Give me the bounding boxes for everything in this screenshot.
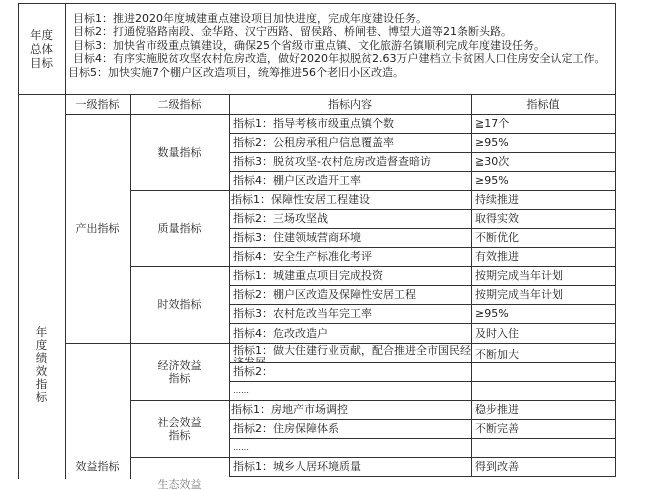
annual-goals-label-line: 年度 <box>30 28 53 42</box>
content-cell: 指标3：农村危改当年完工率 <box>229 304 471 323</box>
header-value: 指标值 <box>471 94 615 114</box>
content-cell: 指标1：城乡人居环境质量 <box>229 457 471 476</box>
content-cell: 指标3：住建领域营商环境 <box>229 228 471 247</box>
content-cell: 指标1：做大住建行业贡献，配合推进全市国民经济发展 <box>229 343 471 362</box>
content-cell: 指标4：安全生产标准化考评 <box>229 247 471 266</box>
value-cell: ≥95% <box>471 171 615 190</box>
annual-goals-label-line: 总体 <box>30 42 53 56</box>
value-cell: ≧30次 <box>471 152 615 171</box>
level2-social-line: 指标 <box>169 429 191 442</box>
level2-timeliness: 时效指标 <box>130 266 229 343</box>
grid-line <box>229 171 616 172</box>
grid-line <box>229 323 616 324</box>
grid-line <box>229 362 616 363</box>
value-cell: 按期完成当年计划 <box>471 266 615 285</box>
goal-item: 目标2：打通傥骆路南段、金华路、汉宁西路、留侯路、桥闸巷、博望大道等21条断头路… <box>70 25 605 38</box>
value-cell: 不断优化 <box>471 228 615 247</box>
grid-line <box>229 419 616 420</box>
grid-line <box>229 476 616 477</box>
level1-benefit: 效益指标 <box>65 460 130 476</box>
grid-line <box>229 152 616 153</box>
value-cell: 不断完善 <box>471 419 615 438</box>
grid-line <box>229 438 616 439</box>
content-cell: 指标1：城建重点项目完成投资 <box>229 266 471 285</box>
header-level1: 一级指标 <box>65 94 130 114</box>
grid-line <box>130 190 616 191</box>
grid-line <box>229 381 616 382</box>
content-cell: …… <box>229 438 471 457</box>
goal-item: 目标5：加快实施7个棚户区改造项目，统筹推进56个老旧小区改造。 <box>68 66 605 79</box>
value-cell: 有效推进 <box>471 247 615 266</box>
grid-line <box>130 266 616 267</box>
value-cell: ≧17个 <box>471 114 615 133</box>
level2-ecological-line: 生态效益 <box>158 478 202 490</box>
goal-item: 目标1：推进2020年度城建重点建设项目加快进度，完成年度建设任务。 <box>70 12 605 25</box>
level1-output: 产出指标 <box>65 114 130 343</box>
grid-line <box>229 228 616 229</box>
grid-line <box>615 3 616 477</box>
value-cell: 持续推进 <box>471 190 615 209</box>
content-cell: 指标2：公租房承租户信息覆盖率 <box>229 133 471 152</box>
header-level2: 二级指标 <box>130 94 229 114</box>
level2-social: 社会效益 指标 <box>130 400 229 457</box>
annual-goals-label-line: 目标 <box>30 56 53 70</box>
value-cell: 得到改善 <box>471 457 615 476</box>
value-cell <box>471 438 615 457</box>
content-cell: 指标2：棚户区改造及保障性安居工程 <box>229 285 471 304</box>
annual-goals-label: 年度 总体 目标 <box>18 3 65 94</box>
level2-social-line: 社会效益 <box>158 416 202 429</box>
grid-line <box>130 457 616 458</box>
value-cell <box>471 381 615 400</box>
content-cell: 指标3：脱贫攻坚-农村危房改造督查暗访 <box>229 152 471 171</box>
grid-line <box>229 133 616 134</box>
value-cell: 及时入住 <box>471 323 615 343</box>
level2-quality: 质量指标 <box>130 190 229 266</box>
value-cell: 稳步推进 <box>471 400 615 419</box>
content-cell: 指标2：住房保障体系 <box>229 419 471 438</box>
goal-item: 目标4：有序实施脱贫攻坚农村危房改造，做好2020年拟脱贫2.63万户建档立卡贫… <box>70 52 605 65</box>
value-cell <box>471 362 615 381</box>
level2-quantity: 数量指标 <box>130 114 229 190</box>
value-cell: 不断加大 <box>471 343 615 362</box>
level2-economic-line: 经济效益 <box>158 359 202 372</box>
content-cell: …… <box>229 381 471 400</box>
grid-line <box>130 94 131 479</box>
content-cell: 指标2：三场攻坚战 <box>229 209 471 228</box>
grid-line <box>229 304 616 305</box>
goal-item: 目标3：加快省市级重点镇建设，确保25个省级市重点镇、文化旅游名镇顺利完成年度建… <box>70 39 605 52</box>
grid-line <box>229 209 616 210</box>
header-content: 指标内容 <box>229 94 471 114</box>
performance-label-char: 标 <box>36 391 48 404</box>
grid-line <box>65 343 616 344</box>
grid-line <box>65 114 616 115</box>
grid-line <box>229 285 616 286</box>
performance-label: 年 度 绩 效 指 标 <box>18 300 65 430</box>
grid-line <box>65 3 66 479</box>
value-cell: 取得实效 <box>471 209 615 228</box>
value-cell: 按期完成当年计划 <box>471 285 615 304</box>
grid-line <box>18 3 19 479</box>
grid-line <box>229 247 616 248</box>
content-cell: 指标1：指导考核市级重点镇个数 <box>229 114 471 133</box>
grid-line <box>18 3 616 4</box>
grid-line <box>18 94 616 95</box>
content-cell: 指标4：棚户区改造开工率 <box>229 171 471 190</box>
annual-goals-list: 目标1：推进2020年度城建重点建设项目加快进度，完成年度建设任务。 目标2：打… <box>70 12 605 79</box>
value-cell: ≥95% <box>471 304 615 323</box>
content-cell: 指标1：保障性安居工程建设 <box>229 190 471 209</box>
level2-economic: 经济效益 指标 <box>130 343 229 400</box>
content-cell: 指标1：房地产市场调控 <box>229 400 471 419</box>
value-cell: ≥95% <box>471 133 615 152</box>
content-cell: 指标2： <box>229 362 471 381</box>
level2-economic-line: 指标 <box>169 372 191 385</box>
grid-line <box>130 400 616 401</box>
level2-ecological: 生态效益 <box>130 478 229 490</box>
content-text: 指标1：做大住建行业贡献，配合推进全市国民经济发展 <box>233 344 471 362</box>
content-cell: 指标4：危改改造户 <box>229 323 471 343</box>
